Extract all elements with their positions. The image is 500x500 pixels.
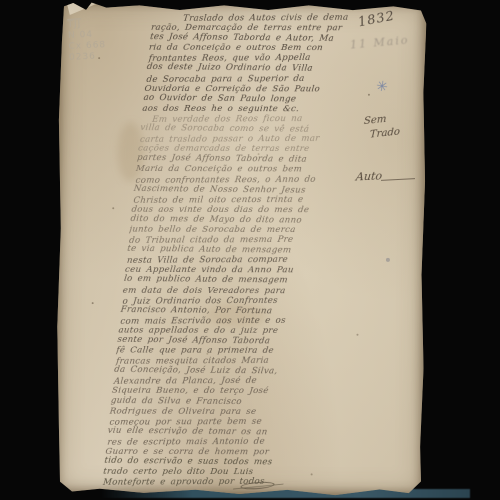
handwritten-line: de Sorocaba para a Superior da	[146, 73, 385, 85]
handwritten-line: ao Ouvidor de San Paulo longe	[143, 93, 382, 106]
handwritten-line: nesta Villa de Sorocaba compare	[126, 255, 365, 267]
archival-stamp-line: Cx 668	[68, 40, 106, 53]
margin-note-auto: Auto	[355, 170, 383, 184]
handwritten-line: com mais Escrivão aos vinte e os	[120, 315, 359, 327]
handwritten-line: carta traslado passar o Auto de mar	[139, 133, 378, 145]
archival-stamp-line: 0236	[69, 51, 107, 64]
handwritten-line: em data de dois Vereadores para	[122, 285, 361, 296]
handwritten-text-block: Traslado dos Autos civis de demaração, D…	[101, 13, 391, 491]
archival-stamp: TJJN 04Cx 6680236	[67, 18, 107, 64]
handwritten-line: Alexandre da Planca, José de	[113, 376, 352, 388]
handwritten-line: guida da Silva e Francisco	[110, 395, 349, 408]
handwritten-line: Christo de mil oito centos trinta e	[133, 194, 372, 206]
scan-background: TJJN 04Cx 6680236 Traslado dos Autos civ…	[0, 0, 500, 500]
handwritten-line: Maria da Conceição e outros bem	[135, 164, 374, 175]
handwritten-line: Traslado dos Autos civis de dema	[153, 13, 391, 24]
handwritten-line: Monteforte e aprovado por todos	[103, 476, 342, 488]
manuscript-page: TJJN 04Cx 6680236 Traslado dos Autos civ…	[56, 2, 427, 496]
handwritten-line: res de escripto mais Antonio de	[107, 436, 346, 448]
paper-specks	[58, 2, 60, 4]
corner-fold	[66, 2, 100, 15]
